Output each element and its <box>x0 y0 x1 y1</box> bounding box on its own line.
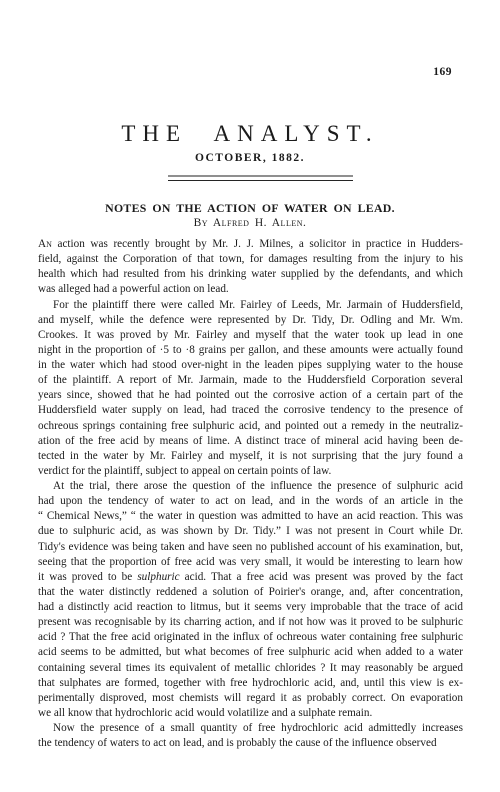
text-line: acid ? That the free acid originated in … <box>38 630 463 645</box>
text-line: seeing that the proportion of free acid … <box>38 555 463 570</box>
text-line: Now the presence of a small quantity of … <box>38 721 463 736</box>
text-line: present was recognisable by its charring… <box>38 615 463 630</box>
text-line: acid seems to be admitted, but what beco… <box>38 645 463 660</box>
text-line: An action was recently brought by Mr. J.… <box>38 237 463 252</box>
text-line: night in the proportion of ·5 to ·8 grai… <box>38 343 463 358</box>
issue-date: OCTOBER, 1882. <box>0 152 500 164</box>
text-line: containing several times its equivalent … <box>38 661 463 676</box>
text-line: of the plaintiff. A report of Mr. Jarmai… <box>38 373 463 388</box>
journal-title: THE ANALYST. <box>0 121 500 147</box>
text-line: that sulphates are formed, together with… <box>38 676 463 691</box>
text-line: tected in the water by Mr. Fairley and m… <box>38 449 463 464</box>
text-line: due to sulphuric acid, as was shown by D… <box>38 524 463 539</box>
text-line: “ Chemical News,” “ the water in questio… <box>38 509 463 524</box>
text-line: had upon the tendency of water to act on… <box>38 494 463 509</box>
text-line: Crookes. It was proved by Mr. Fairley an… <box>38 328 463 343</box>
text-line: that the water distinctly reddened a sol… <box>38 585 463 600</box>
article-body: An action was recently brought by Mr. J.… <box>38 237 463 751</box>
text-line: Huddersfield water supply on lead, had t… <box>38 403 463 418</box>
page-number: 169 <box>0 66 452 78</box>
article-heading: NOTES ON THE ACTION OF WATER ON LEAD. <box>0 201 500 216</box>
text-line: ation of the free acid by means of lime.… <box>38 434 463 449</box>
text-line: field, against the Corporation of that t… <box>38 252 463 267</box>
text-line: was alleged had a powerful action on lea… <box>38 282 463 297</box>
text-line: verdict for the plaintiff, subject to ap… <box>38 464 463 479</box>
text-line: in the water which had stood over-night … <box>38 358 463 373</box>
text-line: the tendency of waters to act on lead, a… <box>38 736 463 751</box>
rule-line-bottom <box>168 180 353 182</box>
text-line: perimentally disproved, most chemists wi… <box>38 691 463 706</box>
text-line: health which had resulted from his drink… <box>38 267 463 282</box>
text-line: years since, showed that he had pointed … <box>38 388 463 403</box>
text-line: and myself, while the defence were repre… <box>38 313 463 328</box>
double-rule <box>168 175 353 181</box>
text-line: For the plaintiff there were called Mr. … <box>38 298 463 313</box>
text-line: Tidy's evidence was being taken and have… <box>38 540 463 555</box>
journal-page: 169 THE ANALYST. OCTOBER, 1882. NOTES ON… <box>0 0 500 792</box>
text-line: we all know that hydrochloric acid would… <box>38 706 463 721</box>
text-line: had a distinctly acid reaction to litmus… <box>38 600 463 615</box>
text-line: At the trial, there arose the question o… <box>38 479 463 494</box>
text-line: it was proved to be sulphuric acid. That… <box>38 570 463 585</box>
text-line: ochreous springs containing free sulphur… <box>38 419 463 434</box>
article-byline: By Alfred H. Allen. <box>0 217 500 229</box>
